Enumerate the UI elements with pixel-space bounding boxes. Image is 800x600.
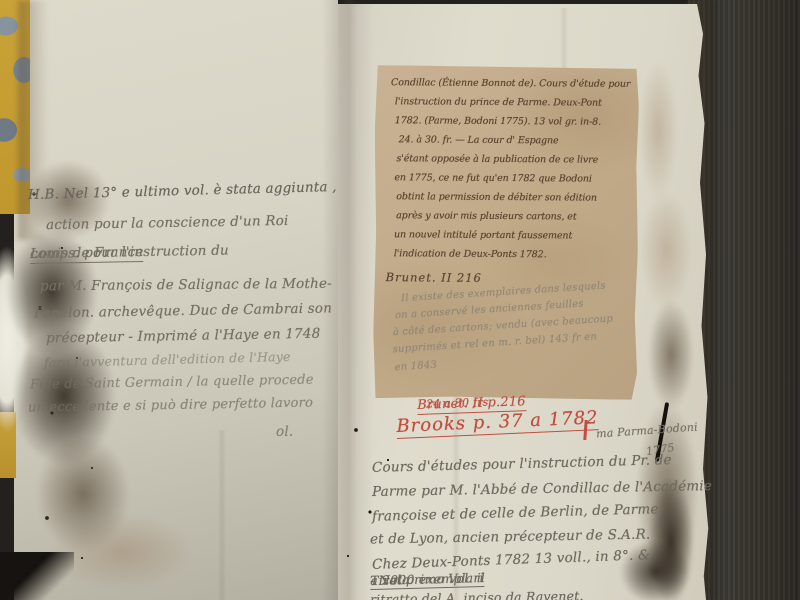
slip-line: l'indication de Deux-Ponts 1782.: [394, 248, 547, 260]
slip-line: après y avoir mis plusieurs cartons, et: [396, 210, 577, 222]
line-text: - Nel primo Vol. il: [370, 570, 485, 588]
underlined-title: Louis de France: [30, 244, 144, 264]
slip-line: 24. à 30. fr. — La cour d' Espagne: [399, 134, 559, 146]
slip-line: obtint la permission de débiter son édit…: [396, 191, 597, 203]
slip-line: l'instruction du prince de Parme. Deux-P…: [395, 96, 602, 108]
slip-line: un nouvel intitulé portant faussement: [394, 229, 572, 241]
handwritten-line: par M. François de Salignac de la Mothe-: [40, 276, 332, 295]
paper-crease: [218, 430, 226, 600]
slip-line: en 1775, ce ne fut qu'en 1782 que Bodoni: [394, 172, 592, 184]
slip-line: 1782. (Parme, Bodoni 1775). 13 vol gr. i…: [395, 115, 601, 127]
brunet-reference: Brunet. II 216: [386, 270, 482, 285]
handwritten-line: ol.: [276, 424, 293, 440]
foxing-stain: [638, 60, 678, 200]
foxing-stain: [648, 300, 694, 410]
pasted-catalogue-slip: Condillac (Étienne Bonnot de). Cours d'é…: [373, 65, 639, 400]
pencil-note-line: en 1843: [394, 360, 437, 374]
slip-line: s'étant opposée à la publication de ce l…: [396, 153, 598, 165]
foxing-stain: [640, 190, 692, 310]
slip-line: Condillac (Étienne Bonnot de). Cours d'é…: [391, 77, 630, 90]
price-note: 24 a 30 frs: [426, 396, 489, 411]
book-photo: H.B. Nel 13° e ultimo vol. è stata aggiu…: [0, 0, 800, 600]
